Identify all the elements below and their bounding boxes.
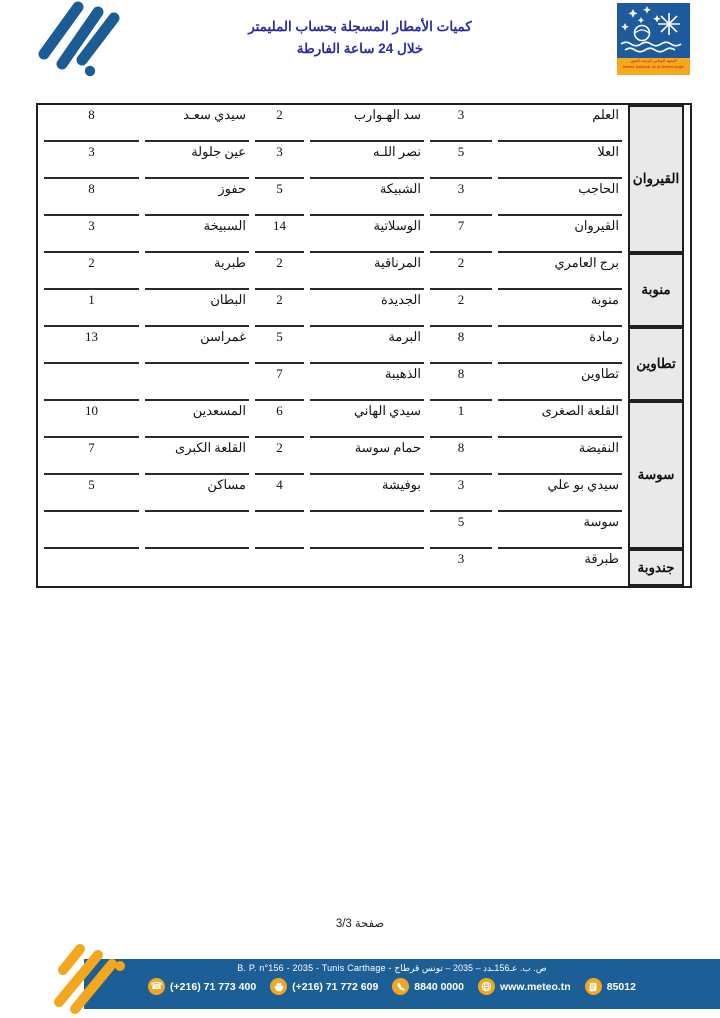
rainfall-value-cell: 2 xyxy=(430,290,492,327)
contact-phone: ☎ (+216) 71 773 400 xyxy=(148,978,256,995)
table-row: النفيضة8حمام سوسة2القلعة الكبرى7 xyxy=(44,438,684,475)
footer-address-fr: B. P. n°156 - 2035 - Tunis Carthage - xyxy=(237,963,391,973)
rainfall-value-cell: 3 xyxy=(430,549,492,586)
rainfall-value-cell xyxy=(255,512,304,549)
station-name-cell: سوسة xyxy=(498,512,622,549)
table-row: تطاوينرمادة8البرمة5غمراسن13 xyxy=(44,327,684,364)
rainfall-value-cell: 2 xyxy=(255,438,304,475)
rainfall-value-cell: 8 xyxy=(44,179,139,216)
rainfall-value-cell: 2 xyxy=(44,253,139,290)
rainfall-table-wrap: القيروانالعلم3سد الهـوارب2سيدي سعـد8العل… xyxy=(36,103,692,588)
footer-logo-dot xyxy=(115,961,125,971)
rainfall-value-cell: 1 xyxy=(44,290,139,327)
table-row: القيروان7الوسلاتية14السبيخة3 xyxy=(44,216,684,253)
call-icon xyxy=(392,978,409,995)
rainfall-value-cell: 7 xyxy=(430,216,492,253)
footer-bar: B. P. n°156 - 2035 - Tunis Carthage - ص.… xyxy=(84,959,720,1009)
station-name-cell: حمام سوسة xyxy=(310,438,424,475)
rainfall-value-cell: 6 xyxy=(255,401,304,438)
footer-streaks-logo xyxy=(50,941,142,1017)
fax-icon xyxy=(270,978,287,995)
station-name-cell: حفوز xyxy=(145,179,249,216)
station-name-cell: مساكن xyxy=(145,475,249,512)
contact-fax: (+216) 71 772 609 xyxy=(270,978,378,995)
inm-logo-art xyxy=(617,3,690,58)
rainfall-value-cell: 3 xyxy=(430,105,492,142)
region-cell: القيروان xyxy=(628,105,684,253)
station-name-cell xyxy=(145,549,249,586)
footer-address-ar: ص. ب. عـ156ـدد – 2035 – تونس قرطاج xyxy=(394,963,546,973)
station-name-cell: طبرقة xyxy=(498,549,622,586)
region-cell: منوبة xyxy=(628,253,684,327)
rainfall-value-cell: 10 xyxy=(44,401,139,438)
rainfall-value-cell: 2 xyxy=(255,253,304,290)
station-name-cell: الجديدة xyxy=(310,290,424,327)
station-name-cell: القيروان xyxy=(498,216,622,253)
station-name-cell: سيدي بو علي xyxy=(498,475,622,512)
page-title: كميات الأمطار المسجلة بحساب المليمتر خلا… xyxy=(140,16,580,59)
station-name-cell: المسعدين xyxy=(145,401,249,438)
contact-callcenter-text: 8840 0000 xyxy=(414,981,464,993)
table-row: سيدي بو علي3بوفيشة4مساكن5 xyxy=(44,475,684,512)
station-name-cell: العلم xyxy=(498,105,622,142)
station-name-cell: الحاجب xyxy=(498,179,622,216)
table-row: الحاجب3الشبيكة5حفوز8 xyxy=(44,179,684,216)
rainfall-value-cell: 14 xyxy=(255,216,304,253)
station-name-cell xyxy=(145,512,249,549)
station-name-cell: طبربة xyxy=(145,253,249,290)
rainfall-value-cell: 3 xyxy=(44,142,139,179)
document-page: كميات الأمطار المسجلة بحساب المليمتر خلا… xyxy=(0,0,720,1018)
rainfall-value-cell: 5 xyxy=(430,512,492,549)
footer-contacts: ☎ (+216) 71 773 400 (+216) 71 772 609 88… xyxy=(139,978,645,995)
rainfall-value-cell: 7 xyxy=(44,438,139,475)
globe-icon xyxy=(478,978,495,995)
station-name-cell: سيدي الهاني xyxy=(310,401,424,438)
station-name-cell: الوسلاتية xyxy=(310,216,424,253)
table-row: تطاوين8الذهيبة7 xyxy=(44,364,684,401)
inm-logo-band: المعهد الوطني للرصد الجوي Institut Natio… xyxy=(617,58,690,75)
footer-address: B. P. n°156 - 2035 - Tunis Carthage - ص.… xyxy=(139,963,645,974)
station-name-cell: سيدي سعـد xyxy=(145,105,249,142)
table-row: منوبةبرج العامري2المرناقية2طبربة2 xyxy=(44,253,684,290)
rainfall-value-cell: 3 xyxy=(255,142,304,179)
table-row: سوسةالقلعة الصغرى1سيدي الهاني6المسعدين10 xyxy=(44,401,684,438)
rainfall-value-cell: 3 xyxy=(430,179,492,216)
rainfall-value-cell: 2 xyxy=(430,253,492,290)
rainfall-value-cell: 2 xyxy=(255,105,304,142)
contact-website: www.meteo.tn xyxy=(478,978,571,995)
station-name-cell: القلعة الصغرى xyxy=(498,401,622,438)
station-name-cell: البطان xyxy=(145,290,249,327)
table-row: سوسة5 xyxy=(44,512,684,549)
table-row: القيروانالعلم3سد الهـوارب2سيدي سعـد8 xyxy=(44,105,684,142)
station-name-cell: منوبة xyxy=(498,290,622,327)
region-cell: تطاوين xyxy=(628,327,684,401)
station-name-cell: رمادة xyxy=(498,327,622,364)
table-row: منوبة2الجديدة2البطان1 xyxy=(44,290,684,327)
contact-website-text: www.meteo.tn xyxy=(500,981,571,993)
station-name-cell: تطاوين xyxy=(498,364,622,401)
rainfall-value-cell xyxy=(44,549,139,586)
rainfall-value-cell: 3 xyxy=(430,475,492,512)
station-name-cell: القلعة الكبرى xyxy=(145,438,249,475)
station-name-cell: برج العامري xyxy=(498,253,622,290)
table-row: العلا5نصر اللـه3عين جلولة3 xyxy=(44,142,684,179)
rainfall-value-cell: 5 xyxy=(44,475,139,512)
rainfall-value-cell xyxy=(44,364,139,401)
region-cell: سوسة xyxy=(628,401,684,549)
station-name-cell: الشبيكة xyxy=(310,179,424,216)
rainfall-value-cell: 13 xyxy=(44,327,139,364)
station-name-cell xyxy=(145,364,249,401)
snowflake-icon xyxy=(658,13,680,35)
inm-caption-fr: Institut National de la Météorologie xyxy=(617,64,690,70)
rainfall-value-cell: 8 xyxy=(430,327,492,364)
station-name-cell: المرناقية xyxy=(310,253,424,290)
rainfall-value-cell: 8 xyxy=(430,364,492,401)
table-row: جندوبةطبرقة3 xyxy=(44,549,684,586)
page-number: صفحة 3/3 xyxy=(0,916,720,930)
title-line-1: كميات الأمطار المسجلة بحساب المليمتر xyxy=(140,16,580,38)
phone-icon: ☎ xyxy=(148,978,165,995)
region-cell: جندوبة xyxy=(628,549,684,586)
rainfall-table-body: القيروانالعلم3سد الهـوارب2سيدي سعـد8العل… xyxy=(44,105,684,586)
station-name-cell: السبيخة xyxy=(145,216,249,253)
station-name-cell: نصر اللـه xyxy=(310,142,424,179)
rainfall-value-cell xyxy=(44,512,139,549)
title-line-2: خلال 24 ساعة الفارطة xyxy=(140,38,580,60)
inm-logo: المعهد الوطني للرصد الجوي Institut Natio… xyxy=(617,3,690,75)
rainfall-value-cell: 8 xyxy=(44,105,139,142)
rainfall-value-cell: 5 xyxy=(255,179,304,216)
rainfall-value-cell: 3 xyxy=(44,216,139,253)
contact-callcenter: 8840 0000 xyxy=(392,978,464,995)
rainfall-value-cell: 4 xyxy=(255,475,304,512)
rainfall-value-cell: 2 xyxy=(255,290,304,327)
rainfall-value-cell: 7 xyxy=(255,364,304,401)
station-name-cell: البرمة xyxy=(310,327,424,364)
station-name-cell: بوفيشة xyxy=(310,475,424,512)
rain-streaks-logo xyxy=(28,0,138,86)
contact-phone-text: (+216) 71 773 400 xyxy=(170,981,256,993)
station-name-cell xyxy=(310,512,424,549)
station-name-cell: غمراسن xyxy=(145,327,249,364)
contact-sms: 85012 xyxy=(585,978,636,995)
rainfall-value-cell: 1 xyxy=(430,401,492,438)
logo-dot xyxy=(85,66,95,76)
rainfall-value-cell: 5 xyxy=(255,327,304,364)
station-name-cell: الذهيبة xyxy=(310,364,424,401)
rainfall-table: القيروانالعلم3سد الهـوارب2سيدي سعـد8العل… xyxy=(36,103,692,588)
rainfall-value-cell: 5 xyxy=(430,142,492,179)
rainfall-value-cell: 8 xyxy=(430,438,492,475)
station-name-cell: النفيضة xyxy=(498,438,622,475)
station-name-cell: العلا xyxy=(498,142,622,179)
sms-icon xyxy=(585,978,602,995)
station-name-cell: سد الهـوارب xyxy=(310,105,424,142)
contact-sms-text: 85012 xyxy=(607,981,636,993)
station-name-cell: عين جلولة xyxy=(145,142,249,179)
contact-fax-text: (+216) 71 772 609 xyxy=(292,981,378,993)
station-name-cell xyxy=(310,549,424,586)
rainfall-value-cell xyxy=(255,549,304,586)
